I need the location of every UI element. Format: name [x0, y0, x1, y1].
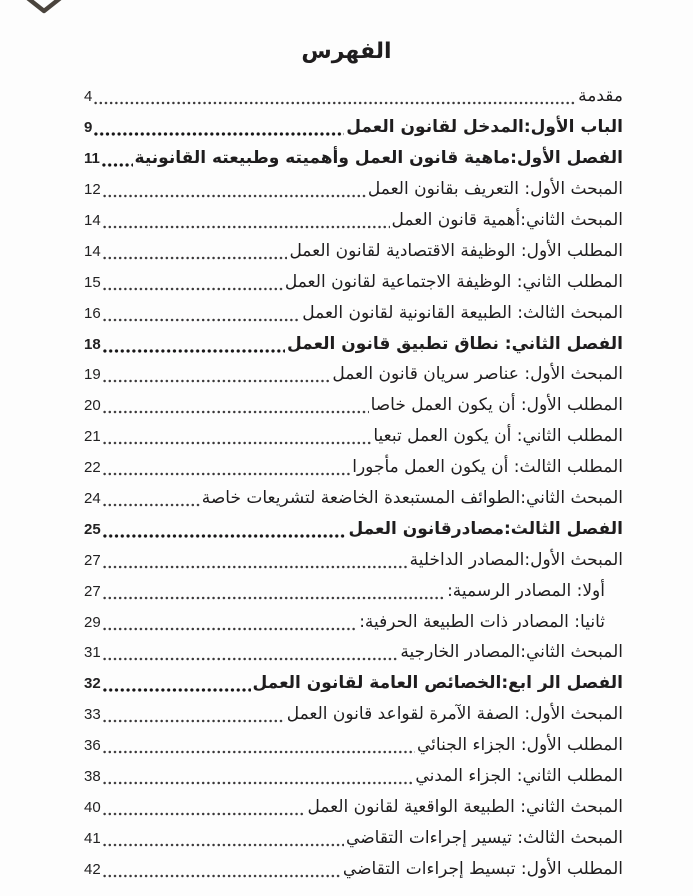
toc-entry-label: المبحث الثاني:أهمية قانون العمل [392, 210, 623, 230]
toc-entry-label: المبحث الأول:المصادر الداخلية [410, 550, 623, 570]
dot-leader [103, 627, 358, 631]
toc-entry-page-number: 24 [84, 489, 101, 507]
toc-entry-page-number: 27 [84, 551, 101, 569]
toc-entry-label: المبحث الثاني: الطبيعة الواقعية لقانون ا… [307, 797, 623, 817]
toc-entry-page-number: 4 [84, 87, 92, 105]
toc-row: ثانيا: المصادر ذات الطبيعة الحرفية: 29 [84, 606, 623, 637]
toc-entry-label: المبحث الثاني:المصادر الخارجية [400, 642, 623, 662]
toc-row: المبحث الثاني:المصادر الخارجية 31 [84, 637, 623, 668]
toc-row: الفصل الثاني: نطاق تطبيق قانون العمل 18 [84, 328, 623, 359]
toc-entry-page-number: 18 [84, 335, 101, 353]
dot-leader [103, 349, 285, 353]
dot-leader [103, 194, 366, 198]
toc-row: المبحث الأول: الصفة الآمرة لقواعد قانون … [84, 699, 623, 730]
toc-entry-page-number: 33 [84, 705, 101, 723]
toc-row: الباب الأول:المدخل لقانون العمل 9 [84, 112, 623, 143]
toc-row: المطلب الأول: الجزاء الجنائي 36 [84, 730, 623, 761]
dot-leader [103, 256, 288, 260]
dot-leader [103, 657, 399, 661]
toc-row: المطلب الثالث: أن يكون العمل مأجورا 22 [84, 452, 623, 483]
toc-entry-label: الفصل الثاني: نطاق تطبيق قانون العمل [287, 334, 623, 354]
toc-row: الفصل الثالث:مصادرقانون العمل 25 [84, 513, 623, 544]
toc-entry-page-number: 20 [84, 396, 101, 414]
dot-leader [94, 101, 576, 105]
toc-entry-label: المبحث الأول: عناصر سريان قانون العمل [332, 364, 623, 384]
dot-leader [103, 596, 445, 600]
dot-leader [103, 287, 283, 291]
toc-row: المبحث الثاني: الطبيعة الواقعية لقانون ا… [84, 791, 623, 822]
toc-entry-page-number: 14 [84, 211, 101, 229]
toc-row: المطلب الثاني: أن يكون العمل تبعيا 21 [84, 421, 623, 452]
page-title: الفهرس [0, 39, 693, 64]
toc-entry-label: المبحث الأول: الصفة الآمرة لقواعد قانون … [287, 704, 623, 724]
toc-entry-label: الباب الأول:المدخل لقانون العمل [346, 117, 623, 137]
toc-entry-page-number: 12 [84, 180, 101, 198]
toc-row: المبحث الثالث: تيسير إجراءات التقاضي 41 [84, 822, 623, 853]
toc-row: المطلب الأول: أن يكون العمل خاصا 20 [84, 390, 623, 421]
toc-entry-label: المبحث الثاني:الطوائف المستبعدة الخاضعة … [202, 488, 623, 508]
toc-row: الفصل الر ابع:الخصائص العامة لقانون العم… [84, 668, 623, 699]
toc-row: أولا: المصادر الرسمية: 27 [84, 575, 623, 606]
toc-entry-page-number: 14 [84, 242, 101, 260]
toc-entry-page-number: 27 [84, 582, 101, 600]
toc-row: المبحث الأول: التعريف بقانون العمل 12 [84, 174, 623, 205]
toc-entry-page-number: 32 [84, 674, 101, 692]
toc-row: المبحث الأول: عناصر سريان قانون العمل 19 [84, 359, 623, 390]
toc-entry-label: المبحث الأول: التعريف بقانون العمل [368, 179, 623, 199]
dot-leader [103, 225, 390, 229]
toc-entry-page-number: 42 [84, 860, 101, 878]
dot-leader [103, 410, 369, 414]
toc-row: المبحث الثاني:أهمية قانون العمل 14 [84, 205, 623, 236]
toc-entry-label: الفصل الأول:ماهية قانون العمل وأهميته وط… [135, 148, 623, 168]
table-of-contents: مقدمة 4 الباب الأول:المدخل لقانون العمل … [0, 81, 693, 884]
toc-row: المطلب الثاني: الجزاء المدني 38 [84, 761, 623, 792]
dot-leader [102, 163, 133, 167]
toc-row: المبحث الثاني:الطوائف المستبعدة الخاضعة … [84, 483, 623, 514]
toc-entry-label: المطلب الأول: تبسيط إجراءات التقاضي [343, 859, 623, 879]
toc-row: الفصل الأول:ماهية قانون العمل وأهميته وط… [84, 143, 623, 174]
dot-leader [103, 781, 414, 785]
toc-entry-page-number: 22 [84, 458, 101, 476]
dot-leader [103, 472, 351, 476]
toc-entry-label: المطلب الثاني: الوظيفة الاجتماعية لقانون… [285, 272, 623, 292]
toc-entry-page-number: 40 [84, 798, 101, 816]
toc-entry-label: مقدمة [578, 86, 623, 106]
toc-entry-label: المطلب الأول: الجزاء الجنائي [417, 735, 623, 755]
dot-leader [103, 812, 306, 816]
toc-entry-page-number: 25 [84, 520, 101, 538]
toc-entry-label: المطلب الثاني: أن يكون العمل تبعيا [373, 426, 623, 446]
toc-row: المطلب الأول: تبسيط إجراءات التقاضي 42 [84, 853, 623, 884]
toc-entry-page-number: 31 [84, 643, 101, 661]
dot-leader [103, 719, 285, 723]
toc-entry-page-number: 41 [84, 829, 101, 847]
toc-entry-label: المطلب الأول: أن يكون العمل خاصا [371, 395, 623, 415]
toc-entry-label: أولا: المصادر الرسمية: [447, 581, 605, 601]
diamond-logo-icon [24, 0, 64, 16]
toc-entry-page-number: 29 [84, 613, 101, 631]
toc-entry-page-number: 9 [84, 118, 92, 136]
dot-leader [103, 534, 347, 538]
dot-leader [103, 874, 341, 878]
toc-entry-label: الفصل الثالث:مصادرقانون العمل [348, 519, 623, 539]
toc-entry-page-number: 19 [84, 365, 101, 383]
dot-leader [103, 750, 415, 754]
toc-entry-page-number: 11 [84, 149, 100, 167]
toc-entry-label: المطلب الثالث: أن يكون العمل مأجورا [352, 457, 623, 477]
toc-row: المطلب الأول: الوظيفة الاقتصادية لقانون … [84, 235, 623, 266]
dot-leader [103, 379, 331, 383]
toc-entry-label: المطلب الثاني: الجزاء المدني [415, 766, 623, 786]
toc-entry-label: ثانيا: المصادر ذات الطبيعة الحرفية: [359, 612, 605, 632]
toc-row: المبحث الثالث: الطبيعة القانونية لقانون … [84, 297, 623, 328]
dot-leader [103, 688, 251, 692]
dot-leader [103, 441, 372, 445]
toc-entry-page-number: 15 [84, 273, 101, 291]
dot-leader [103, 565, 408, 569]
dot-leader [103, 503, 200, 507]
dot-leader [103, 318, 301, 322]
toc-entry-label: الفصل الر ابع:الخصائص العامة لقانون العم… [253, 673, 624, 693]
dot-leader [103, 843, 344, 847]
toc-entry-label: المبحث الثالث: تيسير إجراءات التقاضي [346, 828, 623, 848]
toc-entry-label: المبحث الثالث: الطبيعة القانونية لقانون … [302, 303, 623, 323]
toc-row: مقدمة 4 [84, 81, 623, 112]
dot-leader [94, 132, 344, 136]
toc-entry-page-number: 16 [84, 304, 101, 322]
toc-entry-page-number: 21 [84, 427, 101, 445]
toc-row: المبحث الأول:المصادر الداخلية 27 [84, 544, 623, 575]
toc-entry-page-number: 36 [84, 736, 101, 754]
toc-entry-label: المطلب الأول: الوظيفة الاقتصادية لقانون … [289, 241, 623, 261]
toc-row: المطلب الثاني: الوظيفة الاجتماعية لقانون… [84, 266, 623, 297]
document-page: الفهرس مقدمة 4 الباب الأول:المدخل لقانون… [0, 0, 693, 896]
toc-entry-page-number: 38 [84, 767, 101, 785]
